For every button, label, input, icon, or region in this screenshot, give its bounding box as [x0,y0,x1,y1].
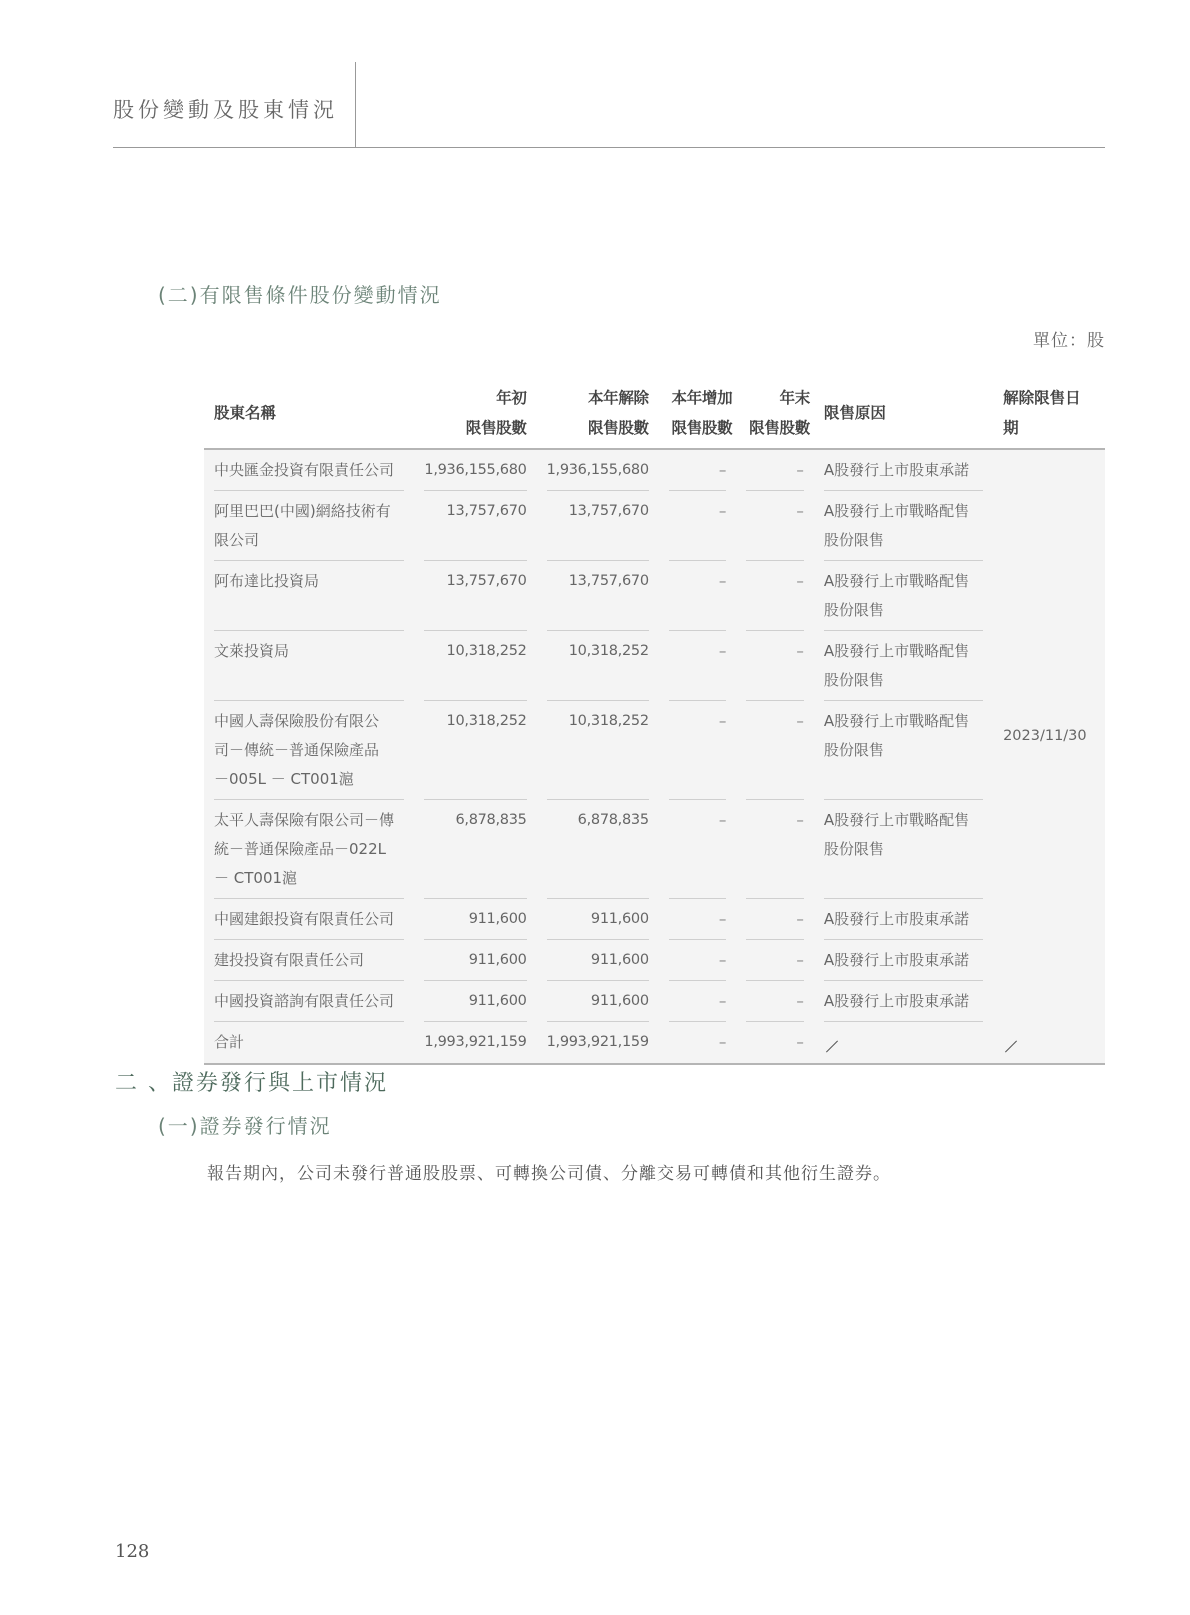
total-label: 合計 [204,1022,414,1065]
released-shares: 13,757,670 [537,491,659,561]
restriction-reason: A股發行上市戰略配售股份限售 [814,491,993,561]
page-number: 128 [115,1541,149,1562]
col-header-added: 本年增加限售股數 [659,378,737,450]
shareholder-name: 中國投資諮詢有限責任公司 [204,981,414,1022]
end-shares: – [736,981,814,1022]
table-row: 中國投資諮詢有限責任公司 911,600 911,600 – – A股發行上市股… [204,981,1105,1022]
added-shares: – [659,940,737,981]
table-row: 中國人壽保險股份有限公司－傳統－普通保險產品－005L － CT001滬 10,… [204,701,1105,800]
released-shares: 6,878,835 [537,800,659,899]
end-shares: – [736,800,814,899]
end-shares: – [736,701,814,800]
table-row: 文萊投資局 10,318,252 10,318,252 – – A股發行上市戰略… [204,631,1105,701]
table-row: 中央匯金投資有限責任公司 1,936,155,680 1,936,155,680… [204,450,1105,491]
restriction-reason: A股發行上市戰略配售股份限售 [814,701,993,800]
shareholder-name: 中國人壽保險股份有限公司－傳統－普通保險產品－005L － CT001滬 [204,701,414,800]
added-shares: – [659,631,737,701]
header-divider [355,62,356,148]
table-header-row: 股東名稱 年初限售股數 本年解除限售股數 本年增加限售股數 年末限售股數 限售原… [204,378,1105,450]
restriction-reason: A股發行上市股東承諾 [814,899,993,940]
begin-shares: 13,757,670 [414,491,536,561]
subsection-title-restricted-shares: (二)有限售條件股份變動情況 [158,279,442,308]
added-shares: – [659,561,737,631]
col-header-end: 年末限售股數 [736,378,814,450]
begin-shares: 10,318,252 [414,631,536,701]
header-rule [113,147,1105,148]
restriction-reason: A股發行上市戰略配售股份限售 [814,800,993,899]
added-shares: – [659,800,737,899]
begin-shares: 911,600 [414,940,536,981]
table-row: 太平人壽保險有限公司－傳統－普通保險產品－022L － CT001滬 6,878… [204,800,1105,899]
table-row: 阿里巴巴(中國)網絡技術有限公司 13,757,670 13,757,670 –… [204,491,1105,561]
released-shares: 911,600 [537,981,659,1022]
total-begin-shares: 1,993,921,159 [414,1022,536,1065]
shareholder-name: 中央匯金投資有限責任公司 [204,450,414,491]
slash-mark-icon [826,1040,838,1052]
end-shares: – [736,561,814,631]
total-added-shares: – [659,1022,737,1065]
unit-label: 單位：股 [1033,326,1105,351]
added-shares: – [659,450,737,491]
added-shares: – [659,701,737,800]
release-date: 2023/11/30 [993,450,1105,1022]
total-row: 合計 1,993,921,159 1,993,921,159 – – [204,1022,1105,1065]
end-shares: – [736,899,814,940]
subsection-title-securities-issuance: (一)證券發行情況 [158,1110,332,1139]
col-header-begin: 年初限售股數 [414,378,536,450]
col-header-released: 本年解除限售股數 [537,378,659,450]
end-shares: – [736,940,814,981]
added-shares: – [659,491,737,561]
added-shares: – [659,981,737,1022]
restriction-reason: A股發行上市股東承諾 [814,940,993,981]
col-header-reason: 限售原因 [814,378,993,450]
released-shares: 13,757,670 [537,561,659,631]
table-row: 中國建銀投資有限責任公司 911,600 911,600 – – A股發行上市股… [204,899,1105,940]
securities-issuance-paragraph: 報告期內，公司未發行普通股股票、可轉換公司債、分離交易可轉債和其他衍生證券。 [207,1159,891,1184]
released-shares: 10,318,252 [537,701,659,800]
total-release-date-not-applicable [993,1022,1105,1065]
shareholder-name: 中國建銀投資有限責任公司 [204,899,414,940]
end-shares: – [736,450,814,491]
restricted-shares-table: 股東名稱 年初限售股數 本年解除限售股數 本年增加限售股數 年末限售股數 限售原… [204,378,1105,1065]
added-shares: – [659,899,737,940]
restriction-reason: A股發行上市股東承諾 [814,981,993,1022]
total-released-shares: 1,993,921,159 [537,1022,659,1065]
begin-shares: 6,878,835 [414,800,536,899]
end-shares: – [736,491,814,561]
shareholder-name: 太平人壽保險有限公司－傳統－普通保險產品－022L － CT001滬 [204,800,414,899]
end-shares: – [736,631,814,701]
released-shares: 911,600 [537,899,659,940]
shareholder-name: 文萊投資局 [204,631,414,701]
total-end-shares: – [736,1022,814,1065]
shareholder-name: 阿里巴巴(中國)網絡技術有限公司 [204,491,414,561]
restriction-reason: A股發行上市戰略配售股份限售 [814,561,993,631]
col-header-release-date: 解除限售日期 [993,378,1105,450]
total-reason-not-applicable [814,1022,993,1065]
begin-shares: 911,600 [414,981,536,1022]
shareholder-name: 建投投資有限責任公司 [204,940,414,981]
released-shares: 10,318,252 [537,631,659,701]
begin-shares: 911,600 [414,899,536,940]
begin-shares: 10,318,252 [414,701,536,800]
section-title-securities-issuance: 二 、證券發行與上市情況 [115,1066,388,1097]
table-row: 阿布達比投資局 13,757,670 13,757,670 – – A股發行上市… [204,561,1105,631]
running-title: 股份變動及股東情況 [113,94,338,124]
begin-shares: 13,757,670 [414,561,536,631]
col-header-name: 股東名稱 [204,378,414,450]
released-shares: 1,936,155,680 [537,450,659,491]
shareholder-name: 阿布達比投資局 [204,561,414,631]
restriction-reason: A股發行上市戰略配售股份限售 [814,631,993,701]
released-shares: 911,600 [537,940,659,981]
restriction-reason: A股發行上市股東承諾 [814,450,993,491]
table-row: 建投投資有限責任公司 911,600 911,600 – – A股發行上市股東承… [204,940,1105,981]
slash-mark-icon [1005,1040,1017,1052]
begin-shares: 1,936,155,680 [414,450,536,491]
